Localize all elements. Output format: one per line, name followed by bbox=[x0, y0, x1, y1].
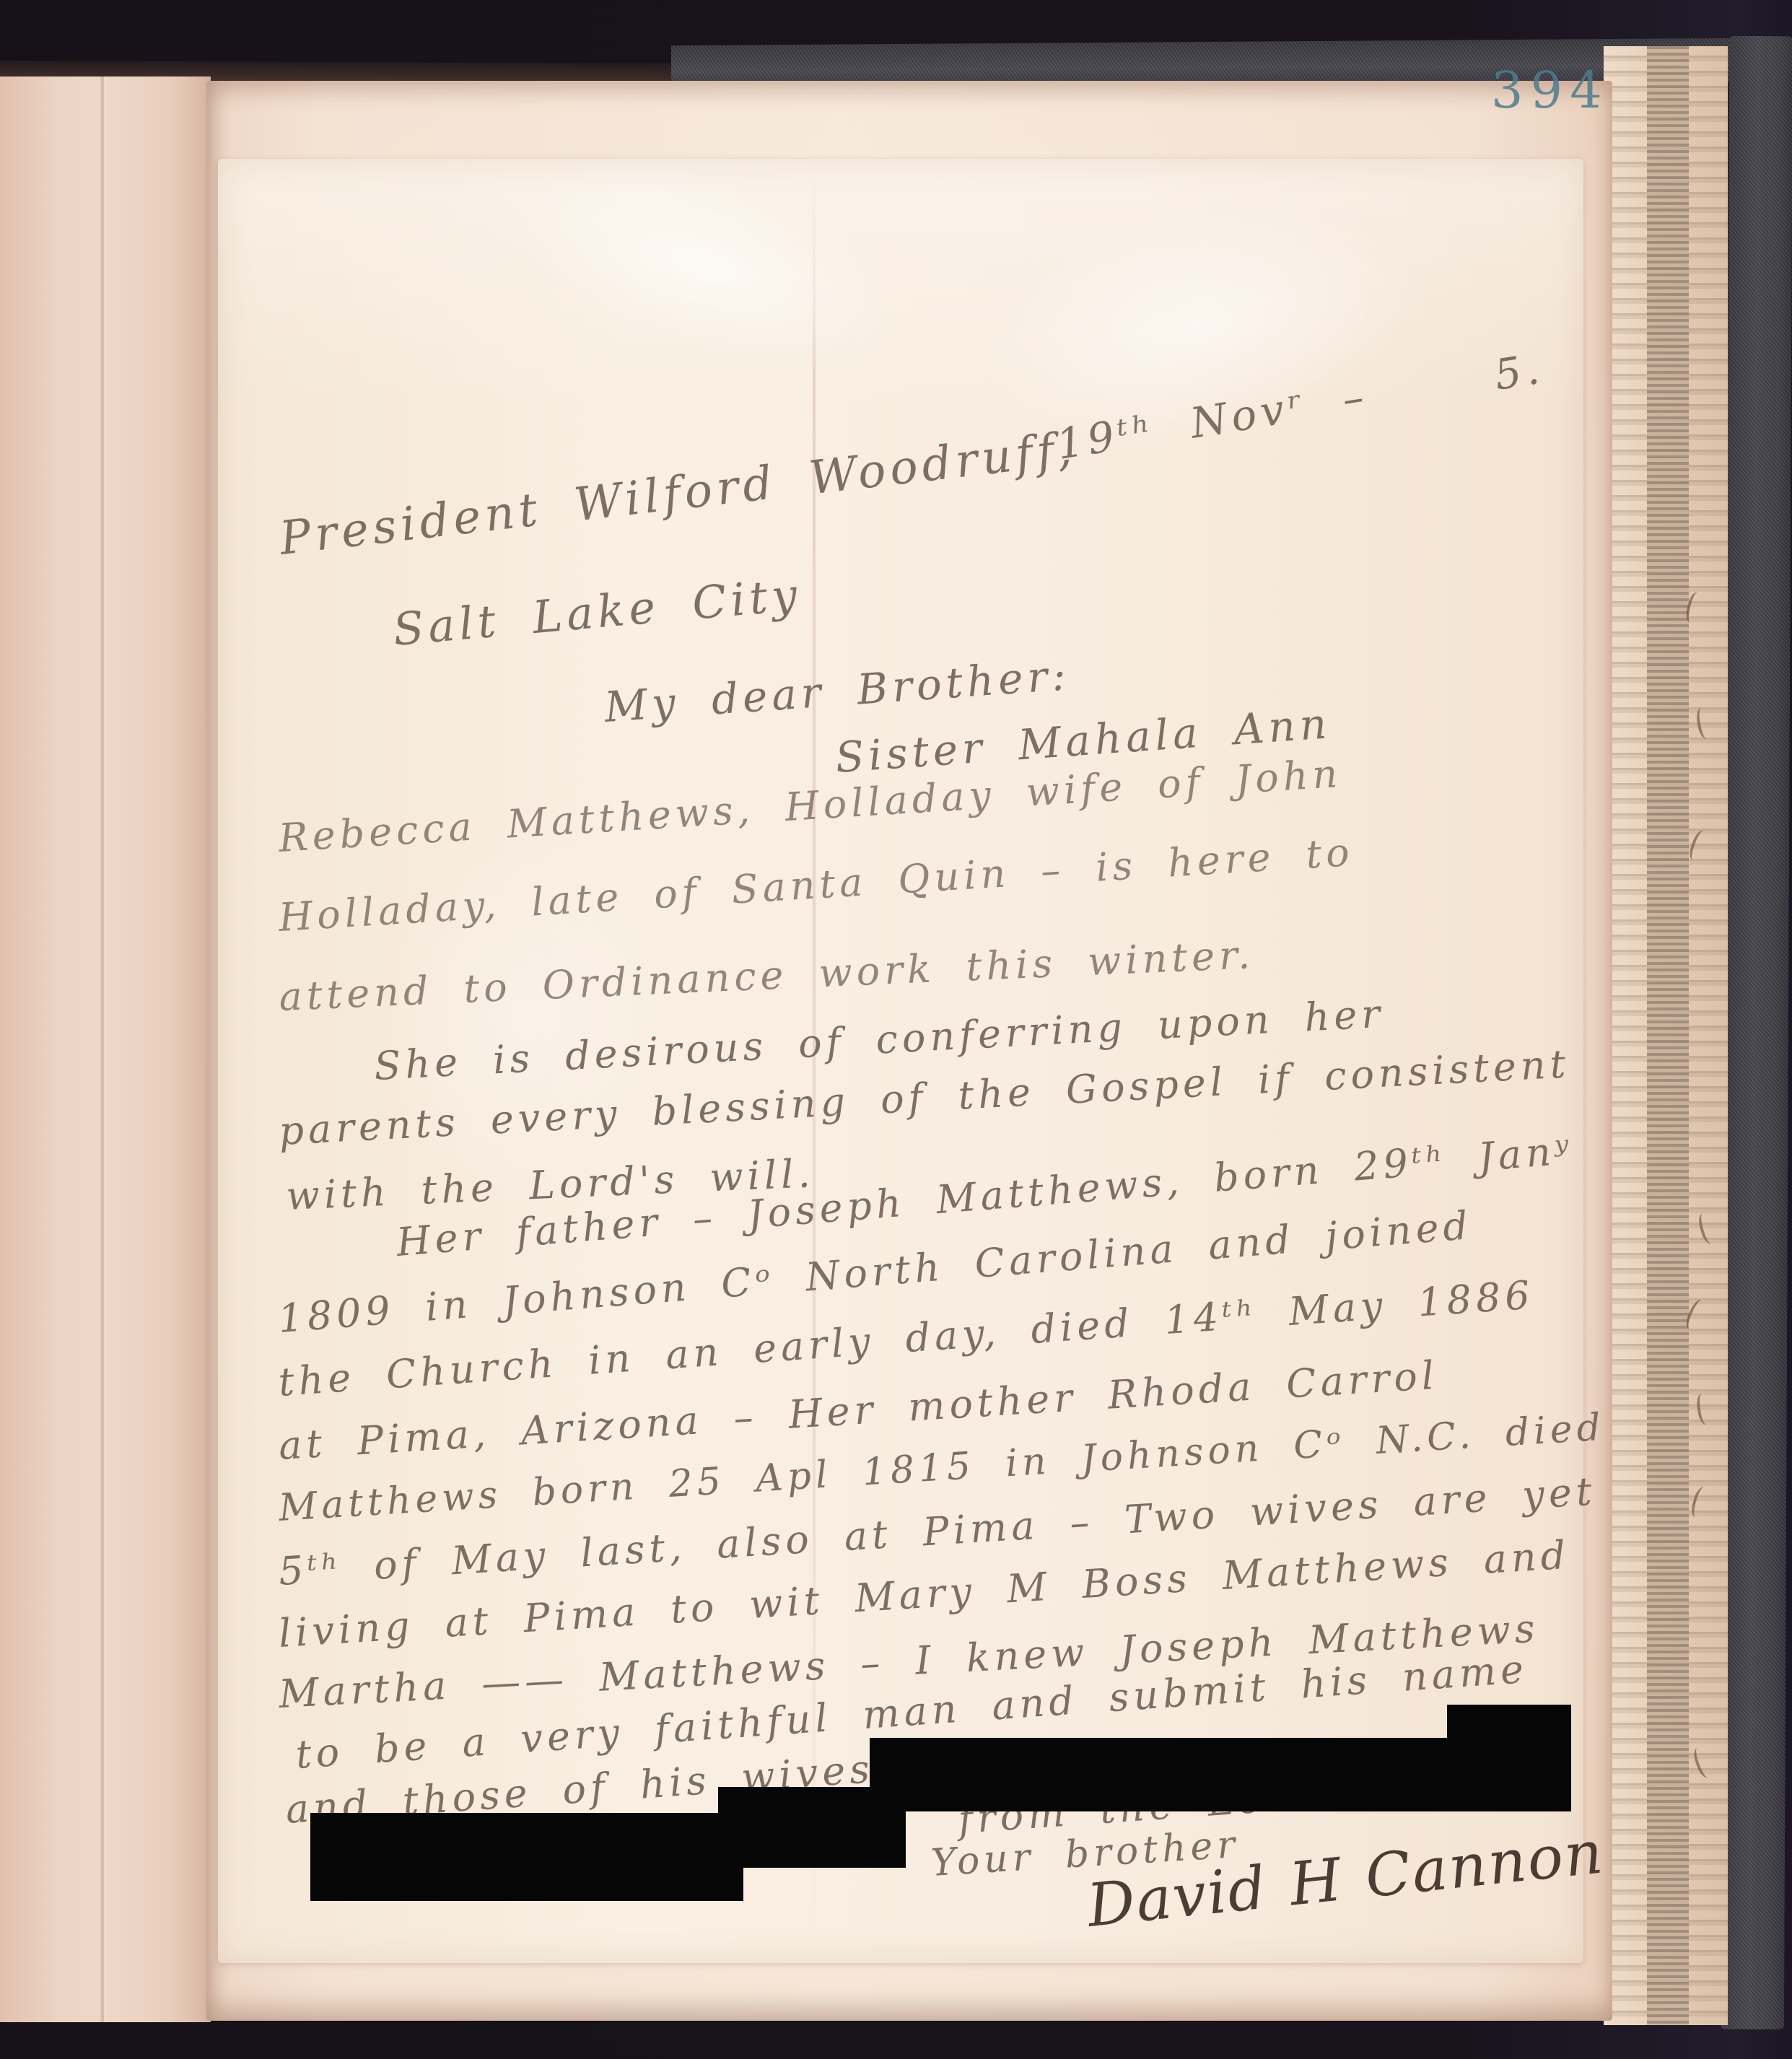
page-number: 394 bbox=[1491, 61, 1609, 120]
redaction-box bbox=[718, 1787, 906, 1868]
book-cover-right bbox=[1721, 36, 1792, 2029]
redaction-box bbox=[1447, 1705, 1571, 1748]
fore-edge-shadow-band bbox=[1647, 46, 1689, 2025]
redaction-box bbox=[310, 1813, 743, 1901]
gutter-crease bbox=[100, 76, 107, 2022]
redaction-box bbox=[870, 1738, 1571, 1811]
scanned-letterbook-page: 394 19ᵗʰ Novʳ – 5. President Wilford Woo… bbox=[0, 0, 1792, 2059]
